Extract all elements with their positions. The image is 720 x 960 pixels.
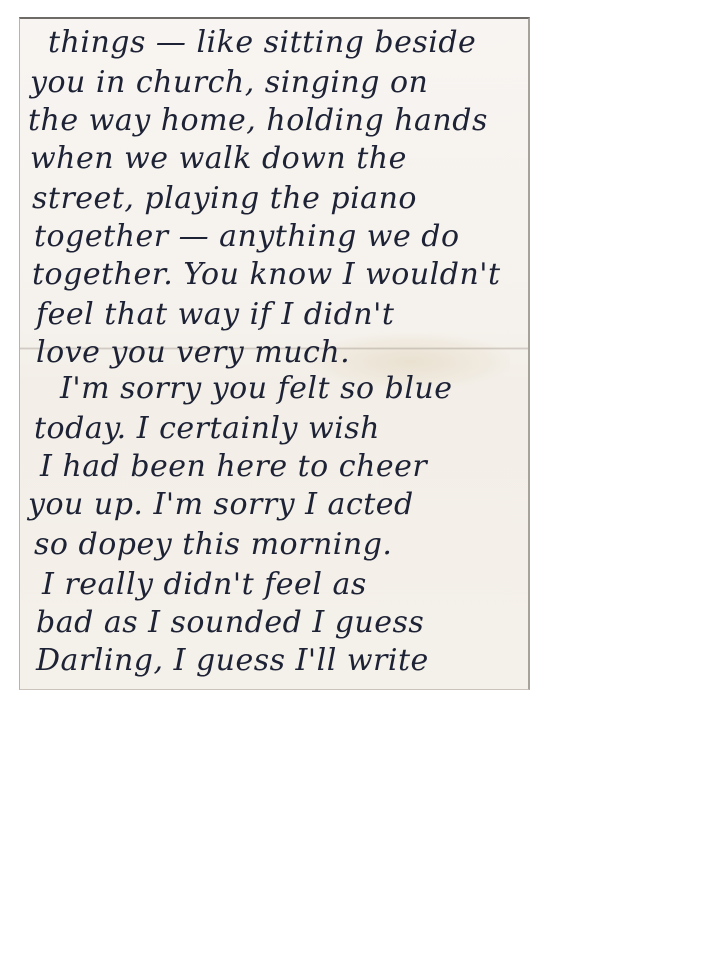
handwritten-line: bad as I sounded I guess (36, 605, 424, 645)
handwritten-line: things — like sitting beside (48, 25, 476, 65)
handwritten-line: today. I certainly wish (34, 411, 380, 451)
letter-page: things — like sitting beside you in chur… (19, 17, 530, 690)
handwritten-line: together. You know I wouldn't (32, 257, 501, 297)
handwritten-line: street, playing the piano (32, 181, 417, 221)
handwritten-line: you in church, singing on (30, 65, 428, 105)
handwritten-line: feel that way if I didn't (36, 297, 394, 337)
handwritten-line: I had been here to cheer (40, 449, 427, 489)
handwritten-line: love you very much. (36, 335, 350, 375)
handwritten-line: together — anything we do (34, 219, 460, 259)
handwritten-line: when we walk down the (30, 141, 407, 181)
handwritten-line: you up. I'm sorry I acted (28, 487, 414, 527)
handwritten-line: I'm sorry you felt so blue (60, 371, 452, 411)
handwritten-line: Darling, I guess I'll write (36, 643, 429, 683)
handwritten-line: I really didn't feel as (42, 567, 367, 607)
handwritten-line: so dopey this morning. (34, 527, 392, 567)
handwritten-line: the way home, holding hands (28, 103, 488, 143)
